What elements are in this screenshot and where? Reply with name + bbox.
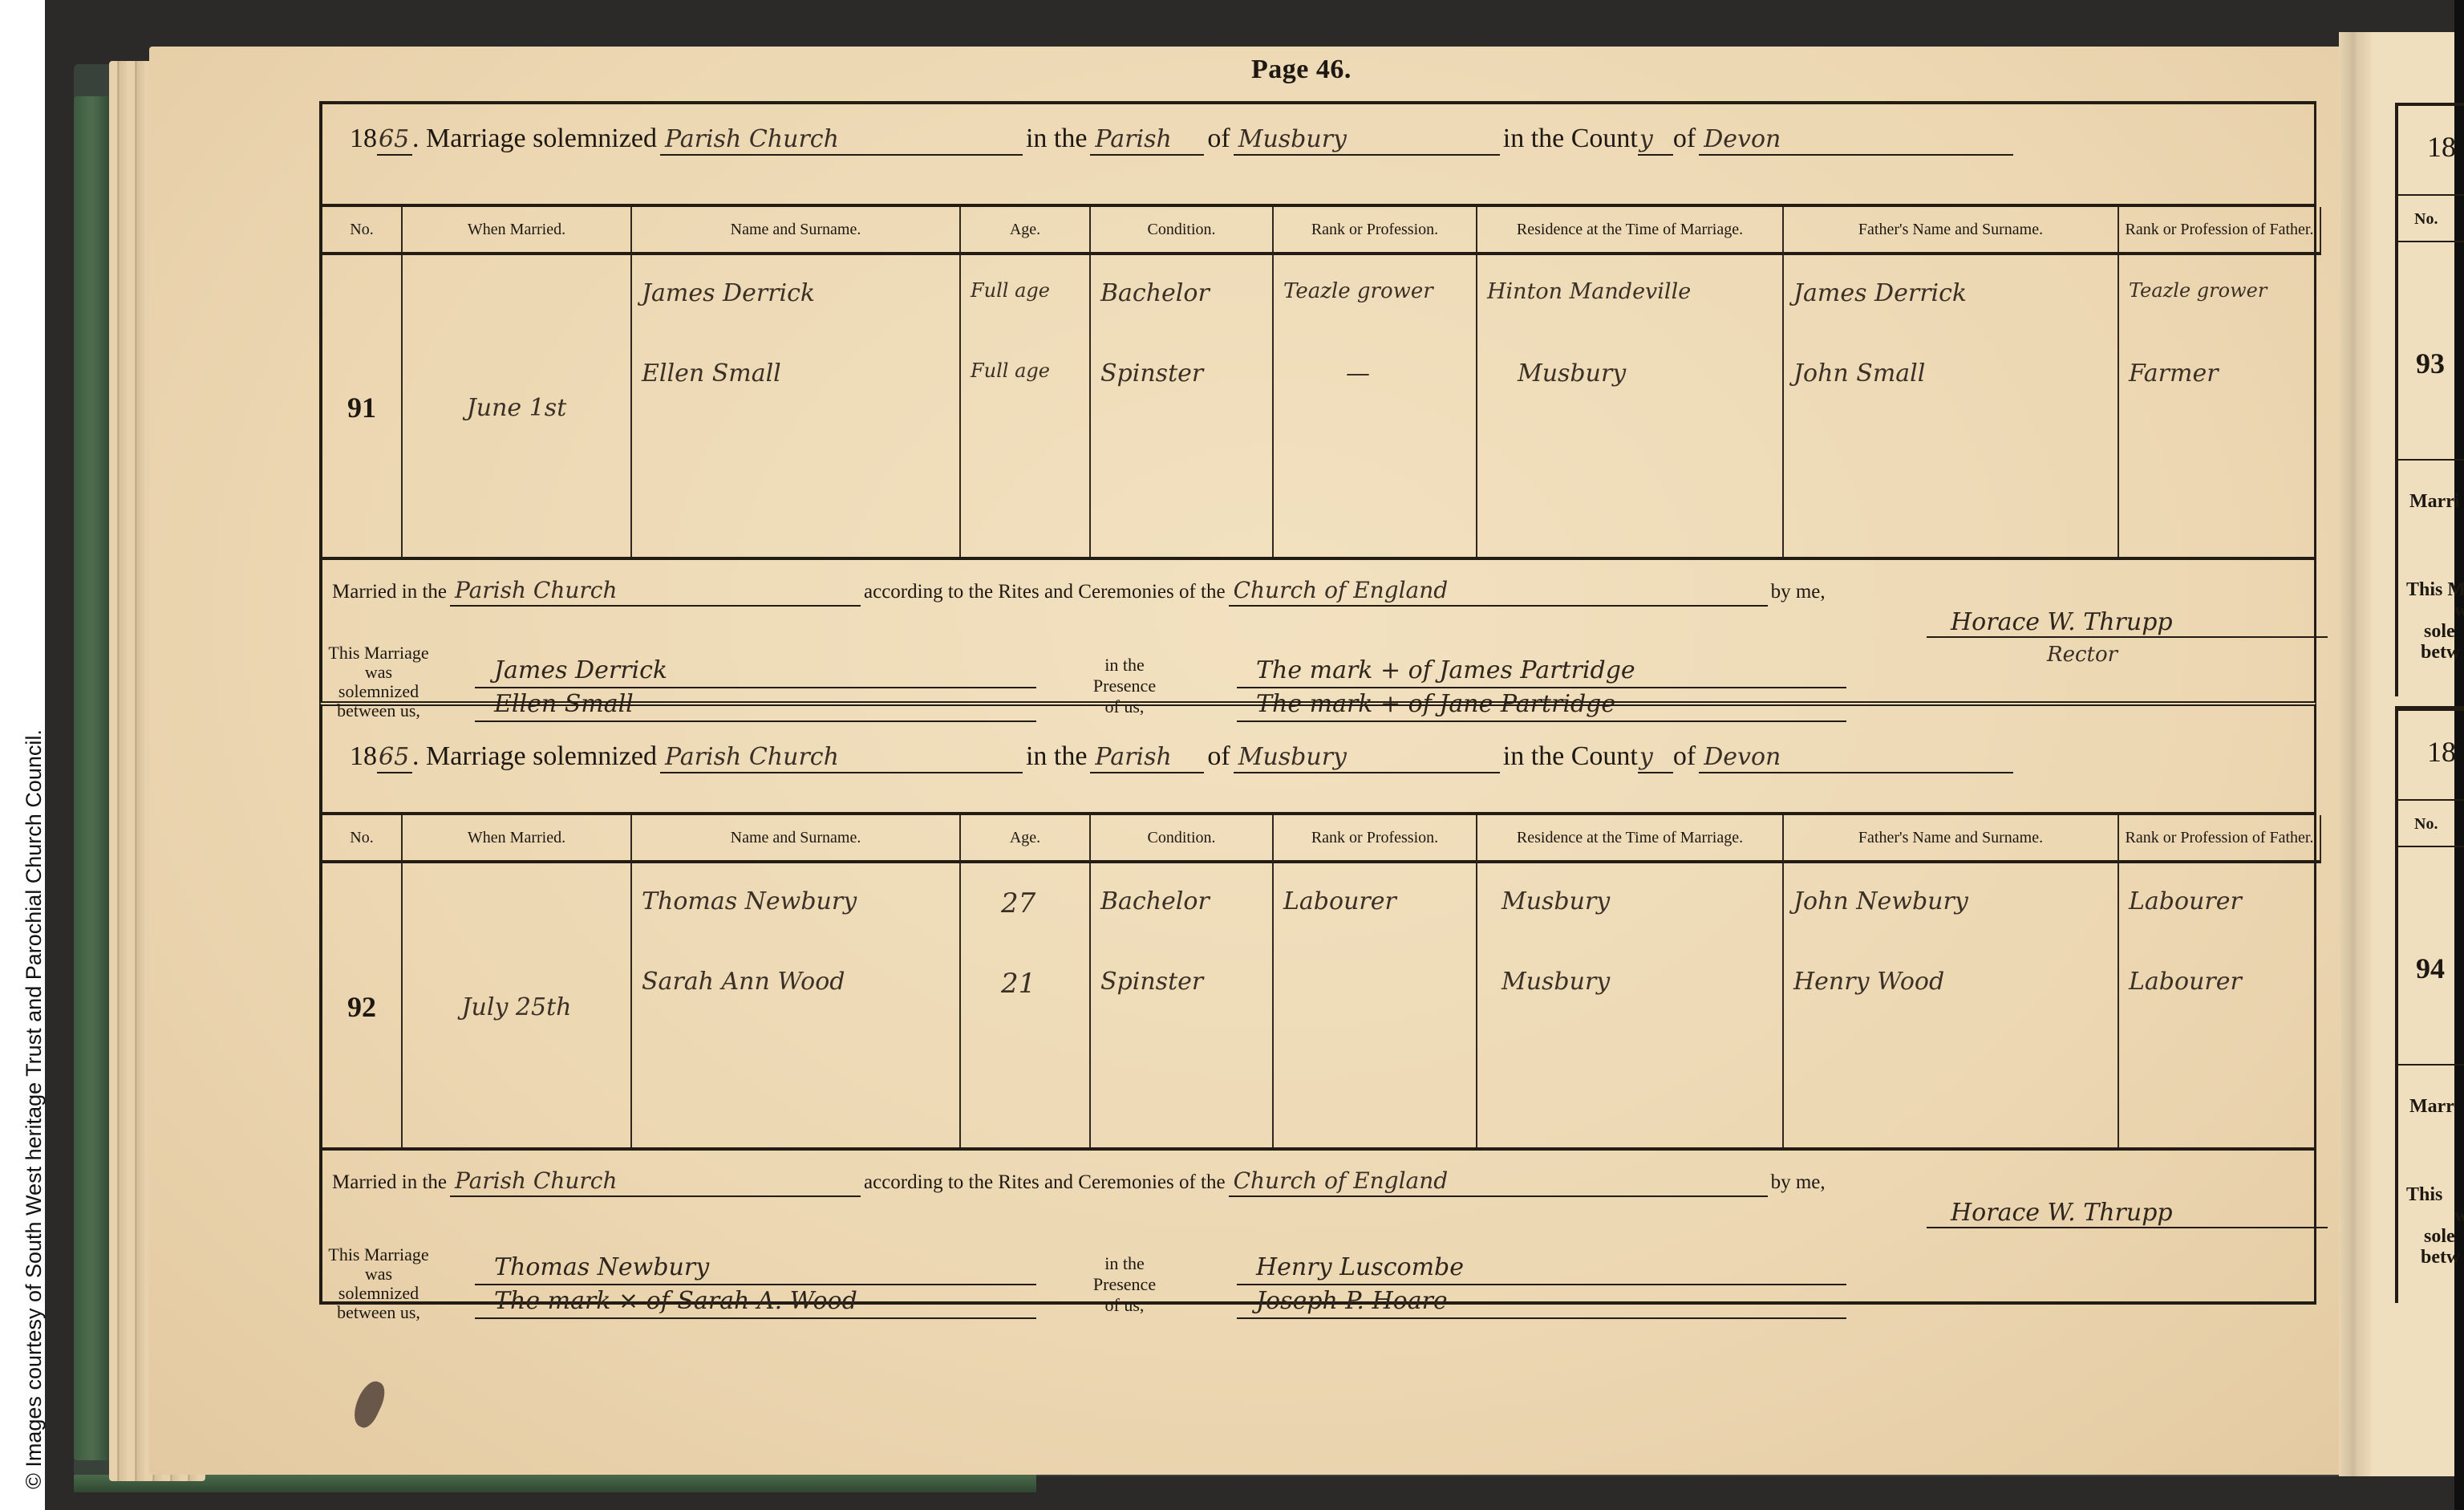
groom-residence: Hinton Mandeville [1487,279,1691,304]
year-prefix: 18 [350,741,377,772]
bride-name: Sarah Ann Wood [642,968,845,996]
divider [2398,1064,2464,1066]
np-married-label: Marri [2409,491,2460,513]
district-type: Parish [1090,125,1204,156]
year-prefix: 18 [350,124,377,154]
label-line: of us, [1076,1295,1173,1316]
entry-headline: 18 65 . Marriage solemnized Parish Churc… [350,124,2016,156]
age-cell: 27 21 [961,863,1091,1151]
col-condition: Condition. [1091,207,1274,255]
col-residence: Residence at the Time of Marriage. [1477,207,1784,255]
label-according: according to the Rites and Ceremonies of… [864,581,1226,603]
groom-father-profession: Teazle grower [2129,279,2267,302]
label-line: in the [1076,655,1173,676]
col-name: Name and Surname. [632,207,961,255]
label-by-me: by me, [1771,1171,1826,1194]
label-line: This Marriage [322,643,435,663]
rites-of: Church of England [1229,1167,1768,1197]
residence-cell: Hinton Mandeville Musbury [1477,255,1784,560]
label-in-the: in the [1026,741,1087,772]
bride-father-profession: Farmer [2129,359,2219,388]
col-age: Age. [961,207,1091,255]
officiant-signature: Horace W. Thrupp [1927,608,2328,638]
col-condition: Condition. [1091,815,1274,863]
marriage-entry-92: 18 65 . Marriage solemnized Parish Churc… [319,701,2316,1305]
rites-of: Church of England [1229,576,1768,607]
label-line: between us, [322,1303,435,1322]
solemnized-at: Parish Church [660,125,1023,156]
col-no: No. [322,815,403,863]
age-cell: Full age Full age [961,255,1091,560]
np-entry-number: 94 [2416,952,2445,985]
names-cell: Thomas Newbury Sarah Ann Wood [632,863,961,1151]
book-spine [74,96,111,1460]
label-line: Presence [1076,676,1173,696]
label-line: solemnized [322,682,435,701]
groom-father-name: John Newbury [1793,887,1968,915]
label-of-2: of [1673,741,1696,772]
signature-bride: The mark × of Sarah A. Wood [475,1285,1036,1319]
col-no: No. [322,207,403,255]
groom-residence: Musbury [1501,887,1610,915]
label-line: was [322,1264,435,1284]
witness-signatures: Henry Luscombe Joseph P. Hoare [1237,1252,1846,1319]
married-in-line: Married in the Parish Church according t… [332,1167,1826,1197]
label-line: This [2406,1184,2464,1205]
profession-cell: Teazle grower — [1274,255,1477,560]
col-father-profession: Rank or Profession of Father. [2119,815,2321,863]
entry-headline: 18 65 . Marriage solemnized Parish Churc… [350,741,2016,773]
officiant: Horace W. Thrupp Rector [1927,608,2328,667]
col-father-name: Father's Name and Surname. [1784,207,2119,255]
county-suffix: y [1638,125,1673,156]
groom-condition: Bachelor [1100,887,1210,915]
officiant-title: Rector [2047,643,2328,667]
cover-edge [74,1475,1036,1492]
label-line: betw [2406,642,2464,663]
label-line: betw [2406,1247,2464,1268]
condition-cell: Bachelor Spinster [1091,255,1274,560]
married-in-line: Married in the Parish Church according t… [332,576,1826,607]
entry-number: 91 [322,255,403,560]
entry-footer: Married in the Parish Church according t… [322,1147,2314,1313]
book-gutter [2339,32,2371,1476]
image-credit: © Images courtesy of South West heritage… [22,729,45,1489]
groom-profession: Labourer [1283,887,1396,915]
when-married: July 25th [403,863,632,1151]
col-father-profession: Rank or Profession of Father. [2119,207,2321,255]
county: Devon [1699,125,2013,156]
bride-residence: Musbury [1518,359,1626,388]
np-married-label: Marr [2409,1096,2454,1118]
father-profession-cell: Teazle grower Farmer [2119,255,2321,560]
col-father-name: Father's Name and Surname. [1784,815,2119,863]
label-line: This Marriage [322,1245,435,1264]
groom-age: 27 [1001,887,1035,919]
groom-name: Thomas Newbury [642,887,857,915]
year-suffix: 65 [377,743,412,773]
bride-profession: — [1346,359,1370,388]
entry-number: 92 [322,863,403,1151]
np-this-marriage: This M w sole betw [2406,579,2464,663]
label-line: was [322,663,435,682]
condition-cell: Bachelor Spinster [1091,863,1274,1151]
col-residence: Residence at the Time of Marriage. [1477,815,1784,863]
label-married-in: Married in the [332,1171,447,1194]
signature-groom: Thomas Newbury [475,1252,1036,1285]
label-line: This M [2406,579,2464,600]
names-cell: James Derrick Ellen Small [632,255,961,560]
witness-1: The mark + of James Partridge [1237,655,1846,688]
label-line: Presence [1076,1274,1173,1295]
label-solemnized: . Marriage solemnized [412,741,657,772]
label-married-in: Married in the [332,581,447,603]
bride-father-profession: Labourer [2129,968,2242,996]
col-when-married: When Married. [403,207,632,255]
when-married: June 1st [403,255,632,560]
np-no-label: No. [2414,210,2438,229]
label-of-2: of [1673,124,1696,154]
groom-condition: Bachelor [1100,279,1210,307]
divider [2398,194,2464,196]
col-age: Age. [961,815,1091,863]
officiant-signature: Horace W. Thrupp [1927,1199,2328,1228]
label-according: according to the Rites and Ceremonies of… [864,1171,1226,1194]
next-page-entry-94: 18 No. 94 Marr This w sole betw [2395,706,2464,1303]
married-in: Parish Church [450,1167,861,1197]
bride-father-name: Henry Wood [1793,968,1944,996]
bride-condition: Spinster [1100,359,1203,388]
label-of: of [1207,124,1230,154]
bride-father-name: John Small [1793,359,1925,388]
father-name-cell: John Newbury Henry Wood [1784,863,2119,1151]
year-suffix: 65 [377,125,412,156]
district-type: Parish [1090,743,1204,773]
solemnized-at: Parish Church [660,743,1023,773]
divider [2398,241,2464,242]
county-suffix: y [1638,743,1673,773]
witness-1: Henry Luscombe [1237,1252,1846,1285]
couple-signatures: Thomas Newbury The mark × of Sarah A. Wo… [475,1252,1036,1319]
page-number: Page 46. [1251,55,1352,85]
married-in: Parish Church [450,576,861,607]
groom-age: Full age [971,279,1050,302]
divider [2398,846,2464,847]
label-in-the: in the [1026,124,1087,154]
label-county: in the Count [1503,124,1638,154]
label-county: in the Count [1503,741,1638,772]
groom-name: James Derrick [642,279,815,307]
witness-2: Joseph P. Hoare [1237,1285,1846,1319]
signature-groom: James Derrick [475,655,1036,688]
label-line: sole [2406,1226,2464,1247]
label-line: w [2406,600,2464,621]
profession-cell: Labourer [1274,863,1477,1151]
county: Devon [1699,743,2013,773]
father-profession-cell: Labourer Labourer [2119,863,2321,1151]
bride-condition: Spinster [1100,968,1203,996]
marriage-entry-91: 18 65 . Marriage solemnized Parish Churc… [319,101,2316,701]
parish: Musbury [1234,743,1500,773]
label-of: of [1207,741,1230,772]
col-profession: Rank or Profession. [1274,815,1477,863]
label-line: solemnized [322,1284,435,1303]
parish: Musbury [1234,125,1500,156]
np-year: 18 [2427,735,2456,769]
col-name: Name and Surname. [632,815,961,863]
bride-name: Ellen Small [642,359,781,388]
np-year: 18 [2427,130,2456,164]
entry-footer: Married in the Parish Church according t… [322,557,2314,708]
divider [2398,459,2464,461]
label-solemnized: . Marriage solemnized [412,124,657,154]
entry-table: No. When Married. Name and Surname. Age.… [322,204,2314,560]
np-entry-number: 93 [2416,347,2445,380]
this-marriage-label: This Marriage was solemnized between us, [322,1245,435,1322]
entry-table: No. When Married. Name and Surname. Age.… [322,812,2314,1151]
label-line: in the [1076,1253,1173,1274]
presence-label: in the Presence of us, [1076,1253,1173,1316]
np-no-label: No. [2414,815,2438,834]
label-line: w [2406,1205,2464,1226]
groom-father-name: James Derrick [1793,279,1967,307]
bride-age: 21 [1001,968,1035,1000]
label-line: sole [2406,621,2464,642]
bride-residence: Musbury [1501,968,1610,996]
divider [2398,799,2464,801]
bride-age: Full age [971,359,1050,382]
groom-father-profession: Labourer [2129,887,2242,915]
groom-profession: Teazle grower [1283,279,1433,303]
next-page-entry-93: 18 No. 93 Marri This M w sole betw [2395,103,2464,696]
np-this-marriage: This w sole betw [2406,1184,2464,1268]
residence-cell: Musbury Musbury [1477,863,1784,1151]
col-when-married: When Married. [403,815,632,863]
officiant: Horace W. Thrupp [1927,1199,2328,1228]
father-name-cell: James Derrick John Small [1784,255,2119,560]
label-by-me: by me, [1771,581,1826,603]
col-profession: Rank or Profession. [1274,207,1477,255]
